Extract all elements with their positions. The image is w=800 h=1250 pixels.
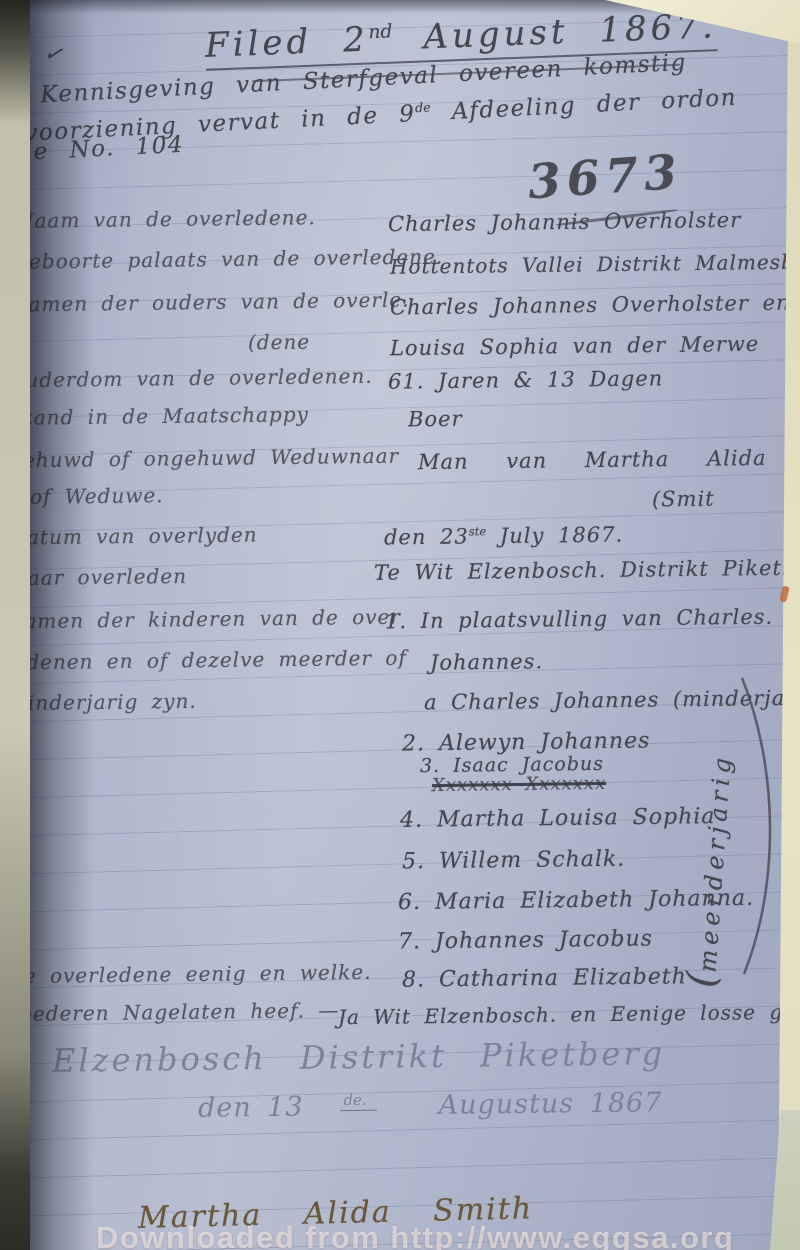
field-value-geboorteplaats: Hottentots Vallei Distrikt Malmesbury. <box>390 249 800 278</box>
field-label-gehuwd: Gehuwd of ongehuwd Weduwnaar <box>6 444 399 473</box>
closing-place-line: Elzenbosch Distrikt Piketberg <box>52 1034 666 1079</box>
field-value-vader: Charles Johannes Overholster en <box>390 291 791 320</box>
notice-line2-ordinal: de <box>415 99 431 115</box>
field-label-ouderdom: Ouderdom van de overledenen. <box>8 364 373 392</box>
closing-date-ordinal: de. <box>339 1091 376 1111</box>
field-label-ouders-cont: (dene <box>248 330 310 355</box>
field-value-waar-overleden: Te Wit Elzenbosch. Distrikt Piketberg <box>374 555 800 585</box>
closing-date-line: den 13de.Augustus 1867 <box>198 1087 663 1124</box>
field-value-stand: Boer <box>408 407 463 432</box>
child-entry-7: 7. Johannes Jacobus <box>398 926 653 954</box>
field-label-kinderen-cont1: ledenen en of dezelve meerder of <box>6 646 407 675</box>
death-date-pre: den 23 <box>384 524 469 549</box>
closing-date-pre: den 13 <box>198 1092 304 1124</box>
filing-annotation-ordinal: nd <box>368 21 393 43</box>
struck-out-name: Xxxxxxx Xxxxxxx <box>432 773 606 796</box>
field-label-nagelaten: goederen Nagelaten heef. — <box>6 998 340 1026</box>
book-left-edge <box>0 0 30 1250</box>
field-value-datum-overlyden: den 23ste July 1867. <box>384 523 623 550</box>
filing-annotation-pre: Filed 2 <box>204 20 369 66</box>
child-entry-1-cont: Johannes. <box>430 649 543 674</box>
field-label-kinderen-cont2: minderjarig zyn. <box>8 689 197 715</box>
closing-date-post: Augustus 1867 <box>438 1087 662 1121</box>
child-entry-5: 5. Willem Schalk. <box>402 847 626 875</box>
death-date-post: July 1867. <box>486 523 623 549</box>
field-label-naam: Naam van de overledene. <box>16 205 316 233</box>
field-value-ouderdom: 61. Jaren & 13 Dagen <box>388 366 663 393</box>
field-label-eenig-goederen: de overledene eenig en welke. <box>10 960 372 988</box>
field-label-stand: Stand in de Maatschappy <box>10 402 309 430</box>
field-label-kinderen: Namen der kinderen van de over <box>6 605 401 634</box>
reference-number: 3673 <box>526 145 684 211</box>
field-value-naam: Charles Johannis Overholster <box>388 208 741 236</box>
children-brace-curve <box>736 676 780 976</box>
field-label-weduwe: of Weduwe. <box>30 483 164 509</box>
field-value-echtgenoot-van: (Smit <box>652 487 715 512</box>
child-entry-1: 1. In plaatsvulling van Charles. <box>385 605 773 634</box>
field-value-moeder: Louisa Sophia van der Merwe <box>390 332 760 361</box>
field-value-gehuwd: Man van Martha Alida <box>418 446 767 474</box>
eggsa-watermark: Downloaded from http://www.eggsa.org <box>96 1220 734 1250</box>
death-date-ordinal: ste <box>469 524 487 538</box>
child-entry-8: 8. Catharina Elizabeth <box>402 964 687 992</box>
field-label-ouders: Namen der ouders van de overle. <box>10 288 410 317</box>
field-label-datum-overlyden: Datum van overlyden <box>10 522 258 549</box>
margin-note-paren: ( <box>679 970 726 989</box>
death-notice-scan: ✓ Filed 2nd August 1867. Kennisgeving va… <box>0 0 800 1250</box>
child-entry-2: 2. Alewyn Johannes <box>402 728 651 756</box>
field-label-waar-overleden: Waar overleden <box>8 564 187 590</box>
child-entry-4: 4. Martha Louisa Sophia <box>400 804 716 833</box>
